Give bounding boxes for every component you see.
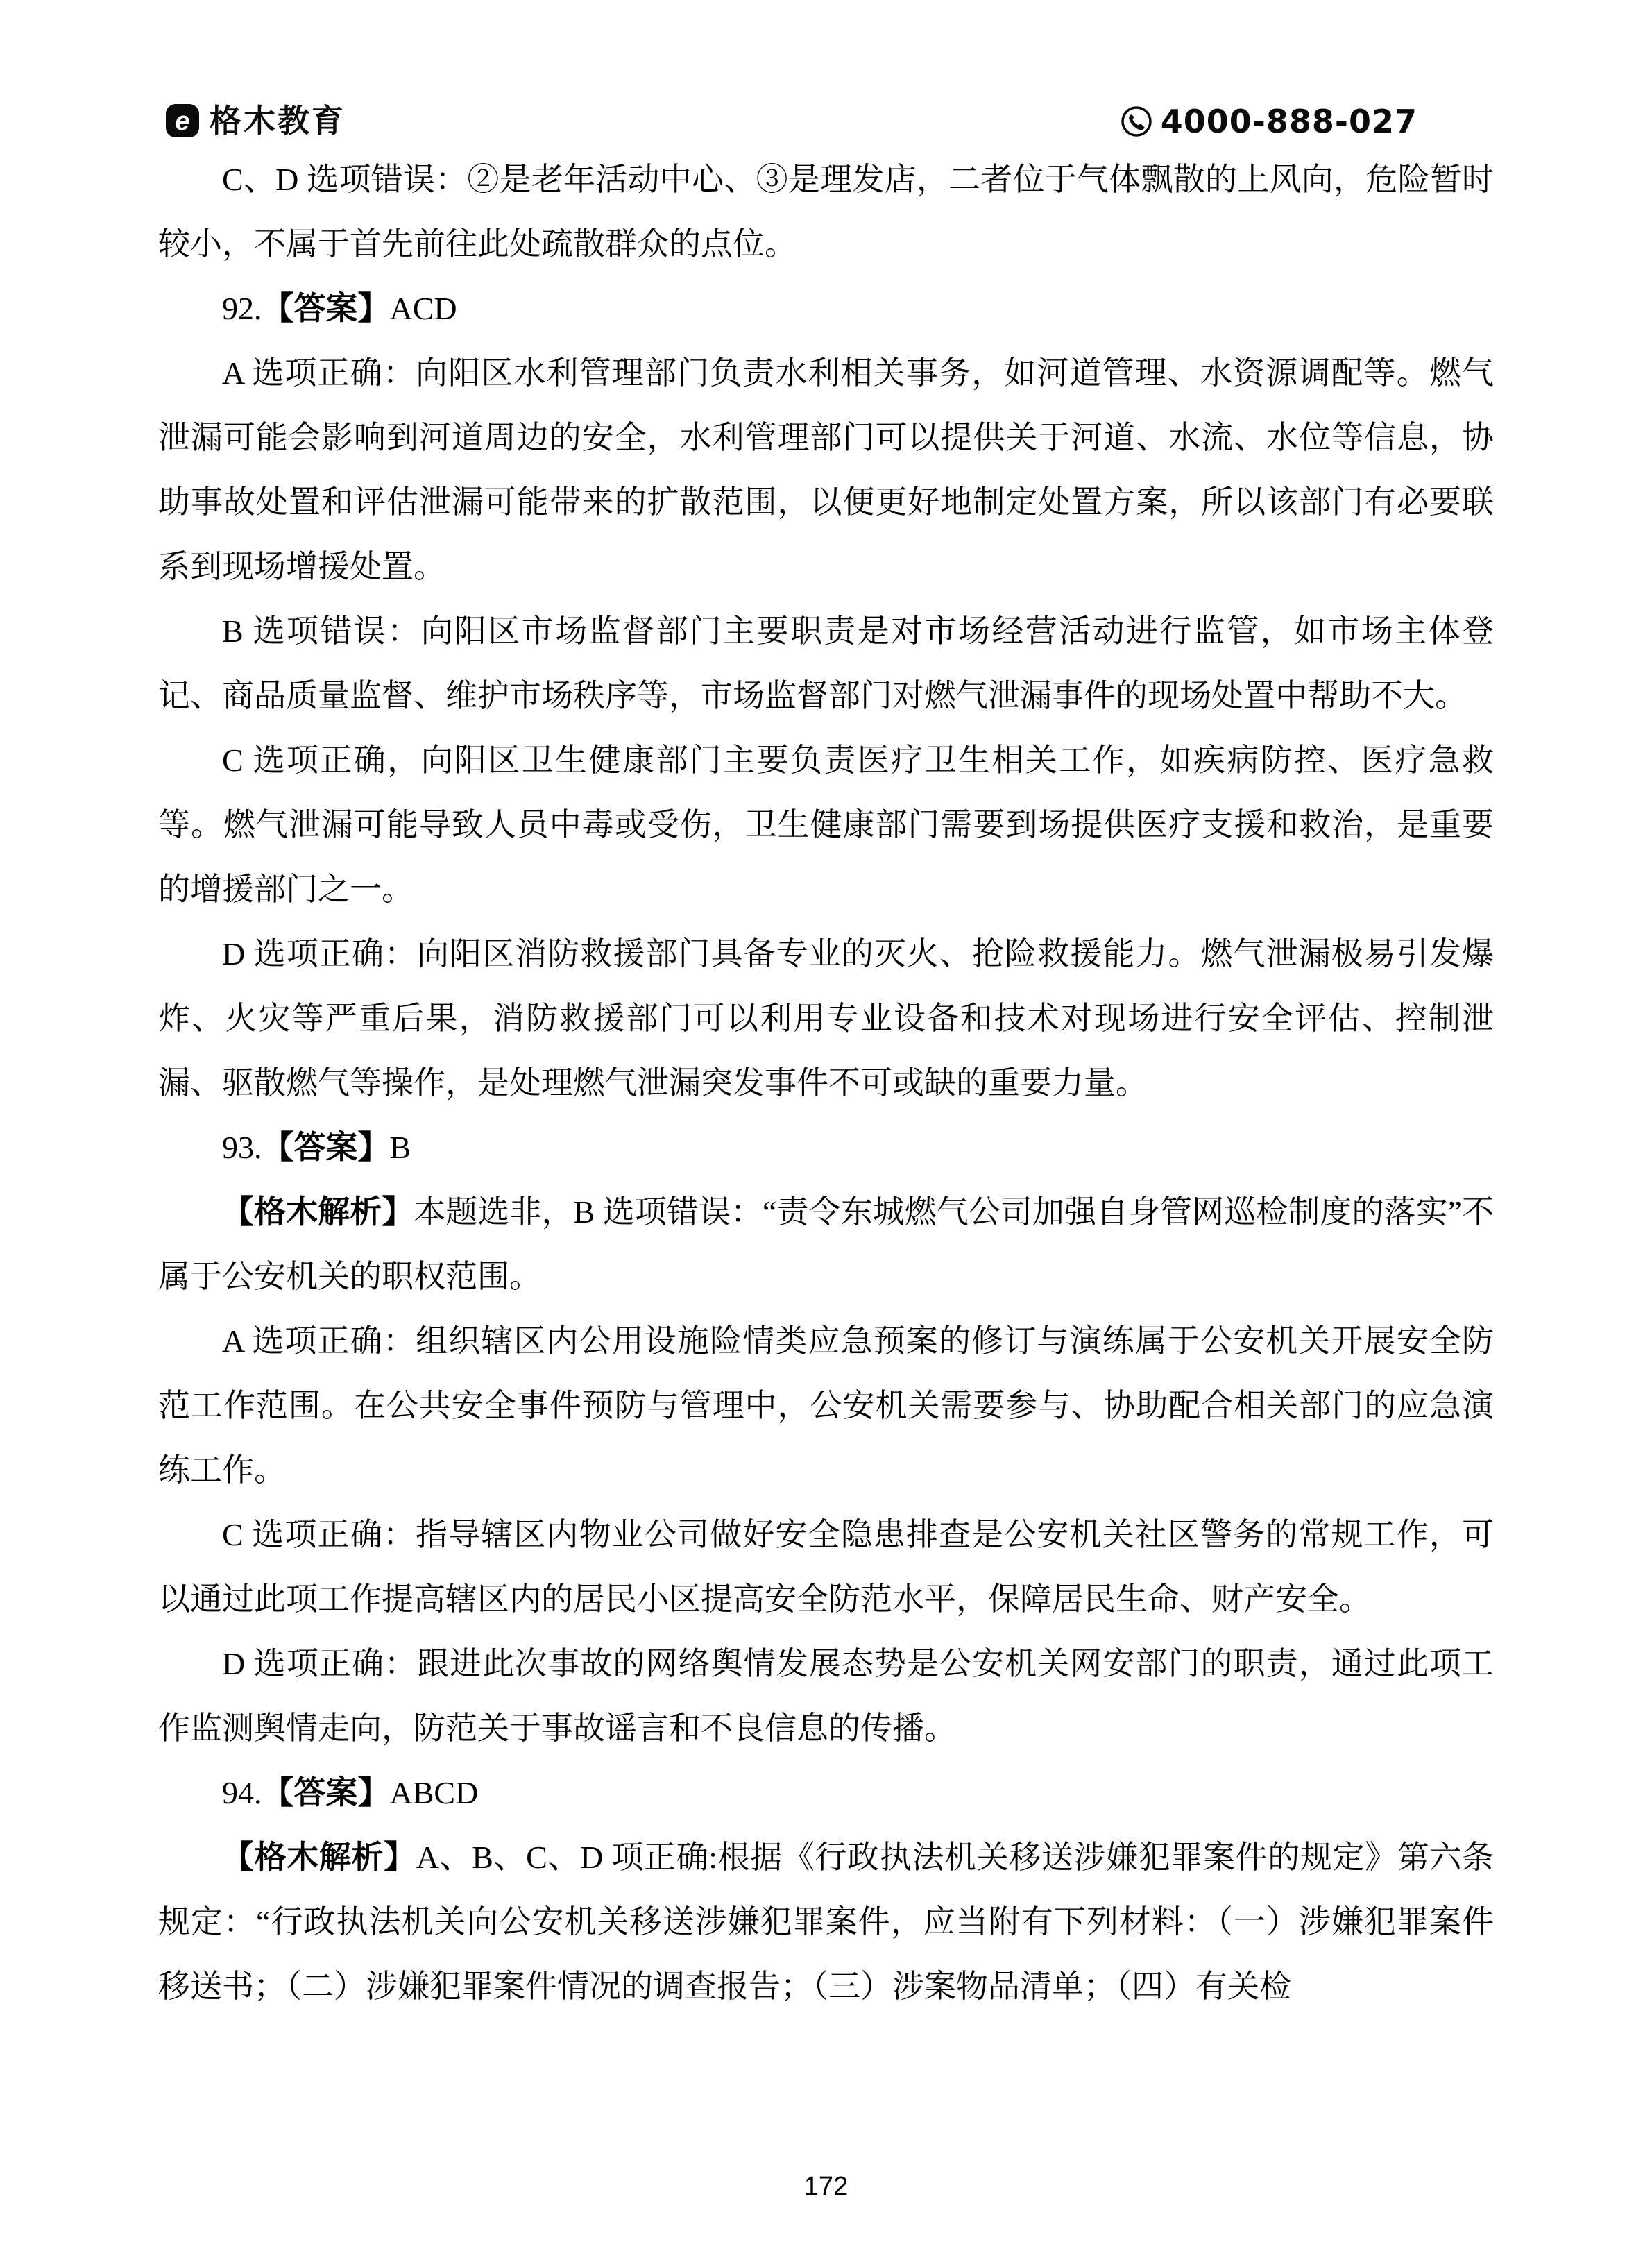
document-page: e 格木教育 4000-888-027 C、D 选项错误：②是老年活动中心、③是… [0,0,1652,2242]
paragraph: C 选项正确：指导辖区内物业公司做好安全隐患排查是公安机关社区警务的常规工作，可… [158,1502,1494,1631]
answer-line: 93.【答案】B [158,1115,1494,1180]
phone-icon [1121,105,1152,137]
gemu-education-logo-icon: e [165,103,200,138]
answer-line: 92.【答案】ACD [158,276,1494,341]
answer-value: B [390,1130,411,1165]
answer-tag: 【答案】 [262,1775,390,1810]
analysis-tag: 【格木解析】 [222,1840,416,1875]
answer-value: ACD [390,291,457,326]
answer-value: ABCD [390,1775,479,1810]
question-number: 92. [222,291,262,326]
header-brand: e 格木教育 [165,103,346,139]
phone-number: 4000-888-027 [1161,104,1417,139]
question-number: 94. [222,1775,262,1810]
paragraph: D 选项正确：跟进此次事故的网络舆情发展态势是公安机关网安部门的职责，通过此项工… [158,1631,1494,1760]
analysis-paragraph: 【格木解析】本题选非，B 选项错误：“责令东城燃气公司加强自身管网巡检制度的落实… [158,1180,1494,1309]
paragraph: A 选项正确：向阳区水利管理部门负责水利相关事务，如河道管理、水资源调配等。燃气… [158,341,1494,599]
paragraph: C 选项正确，向阳区卫生健康部门主要负责医疗卫生相关工作，如疾病防控、医疗急救等… [158,728,1494,922]
analysis-paragraph: 【格木解析】A、B、C、D 项正确:根据《行政执法机关移送涉嫌犯罪案件的规定》第… [158,1825,1494,2019]
paragraph: B 选项错误：向阳区市场监督部门主要职责是对市场经营活动进行监管，如市场主体登记… [158,599,1494,728]
page-number: 172 [0,2171,1652,2202]
answer-line: 94.【答案】ABCD [158,1760,1494,1825]
svg-text:e: e [175,107,189,136]
answer-tag: 【答案】 [262,1130,390,1165]
document-body: C、D 选项错误：②是老年活动中心、③是理发店，二者位于气体飘散的上风向，危险暂… [158,147,1494,2019]
paragraph: A 选项正确：组织辖区内公用设施险情类应急预案的修订与演练属于公安机关开展安全防… [158,1309,1494,1502]
paragraph: D 选项正确：向阳区消防救援部门具备专业的灭火、抢险救援能力。燃气泄漏极易引发爆… [158,922,1494,1115]
question-number: 93. [222,1130,262,1165]
header-phone: 4000-888-027 [1121,104,1417,139]
answer-tag: 【答案】 [262,291,390,326]
analysis-tag: 【格木解析】 [222,1194,414,1230]
paragraph: C、D 选项错误：②是老年活动中心、③是理发店，二者位于气体飘散的上风向，危险暂… [158,147,1494,276]
brand-name: 格木教育 [210,103,346,139]
